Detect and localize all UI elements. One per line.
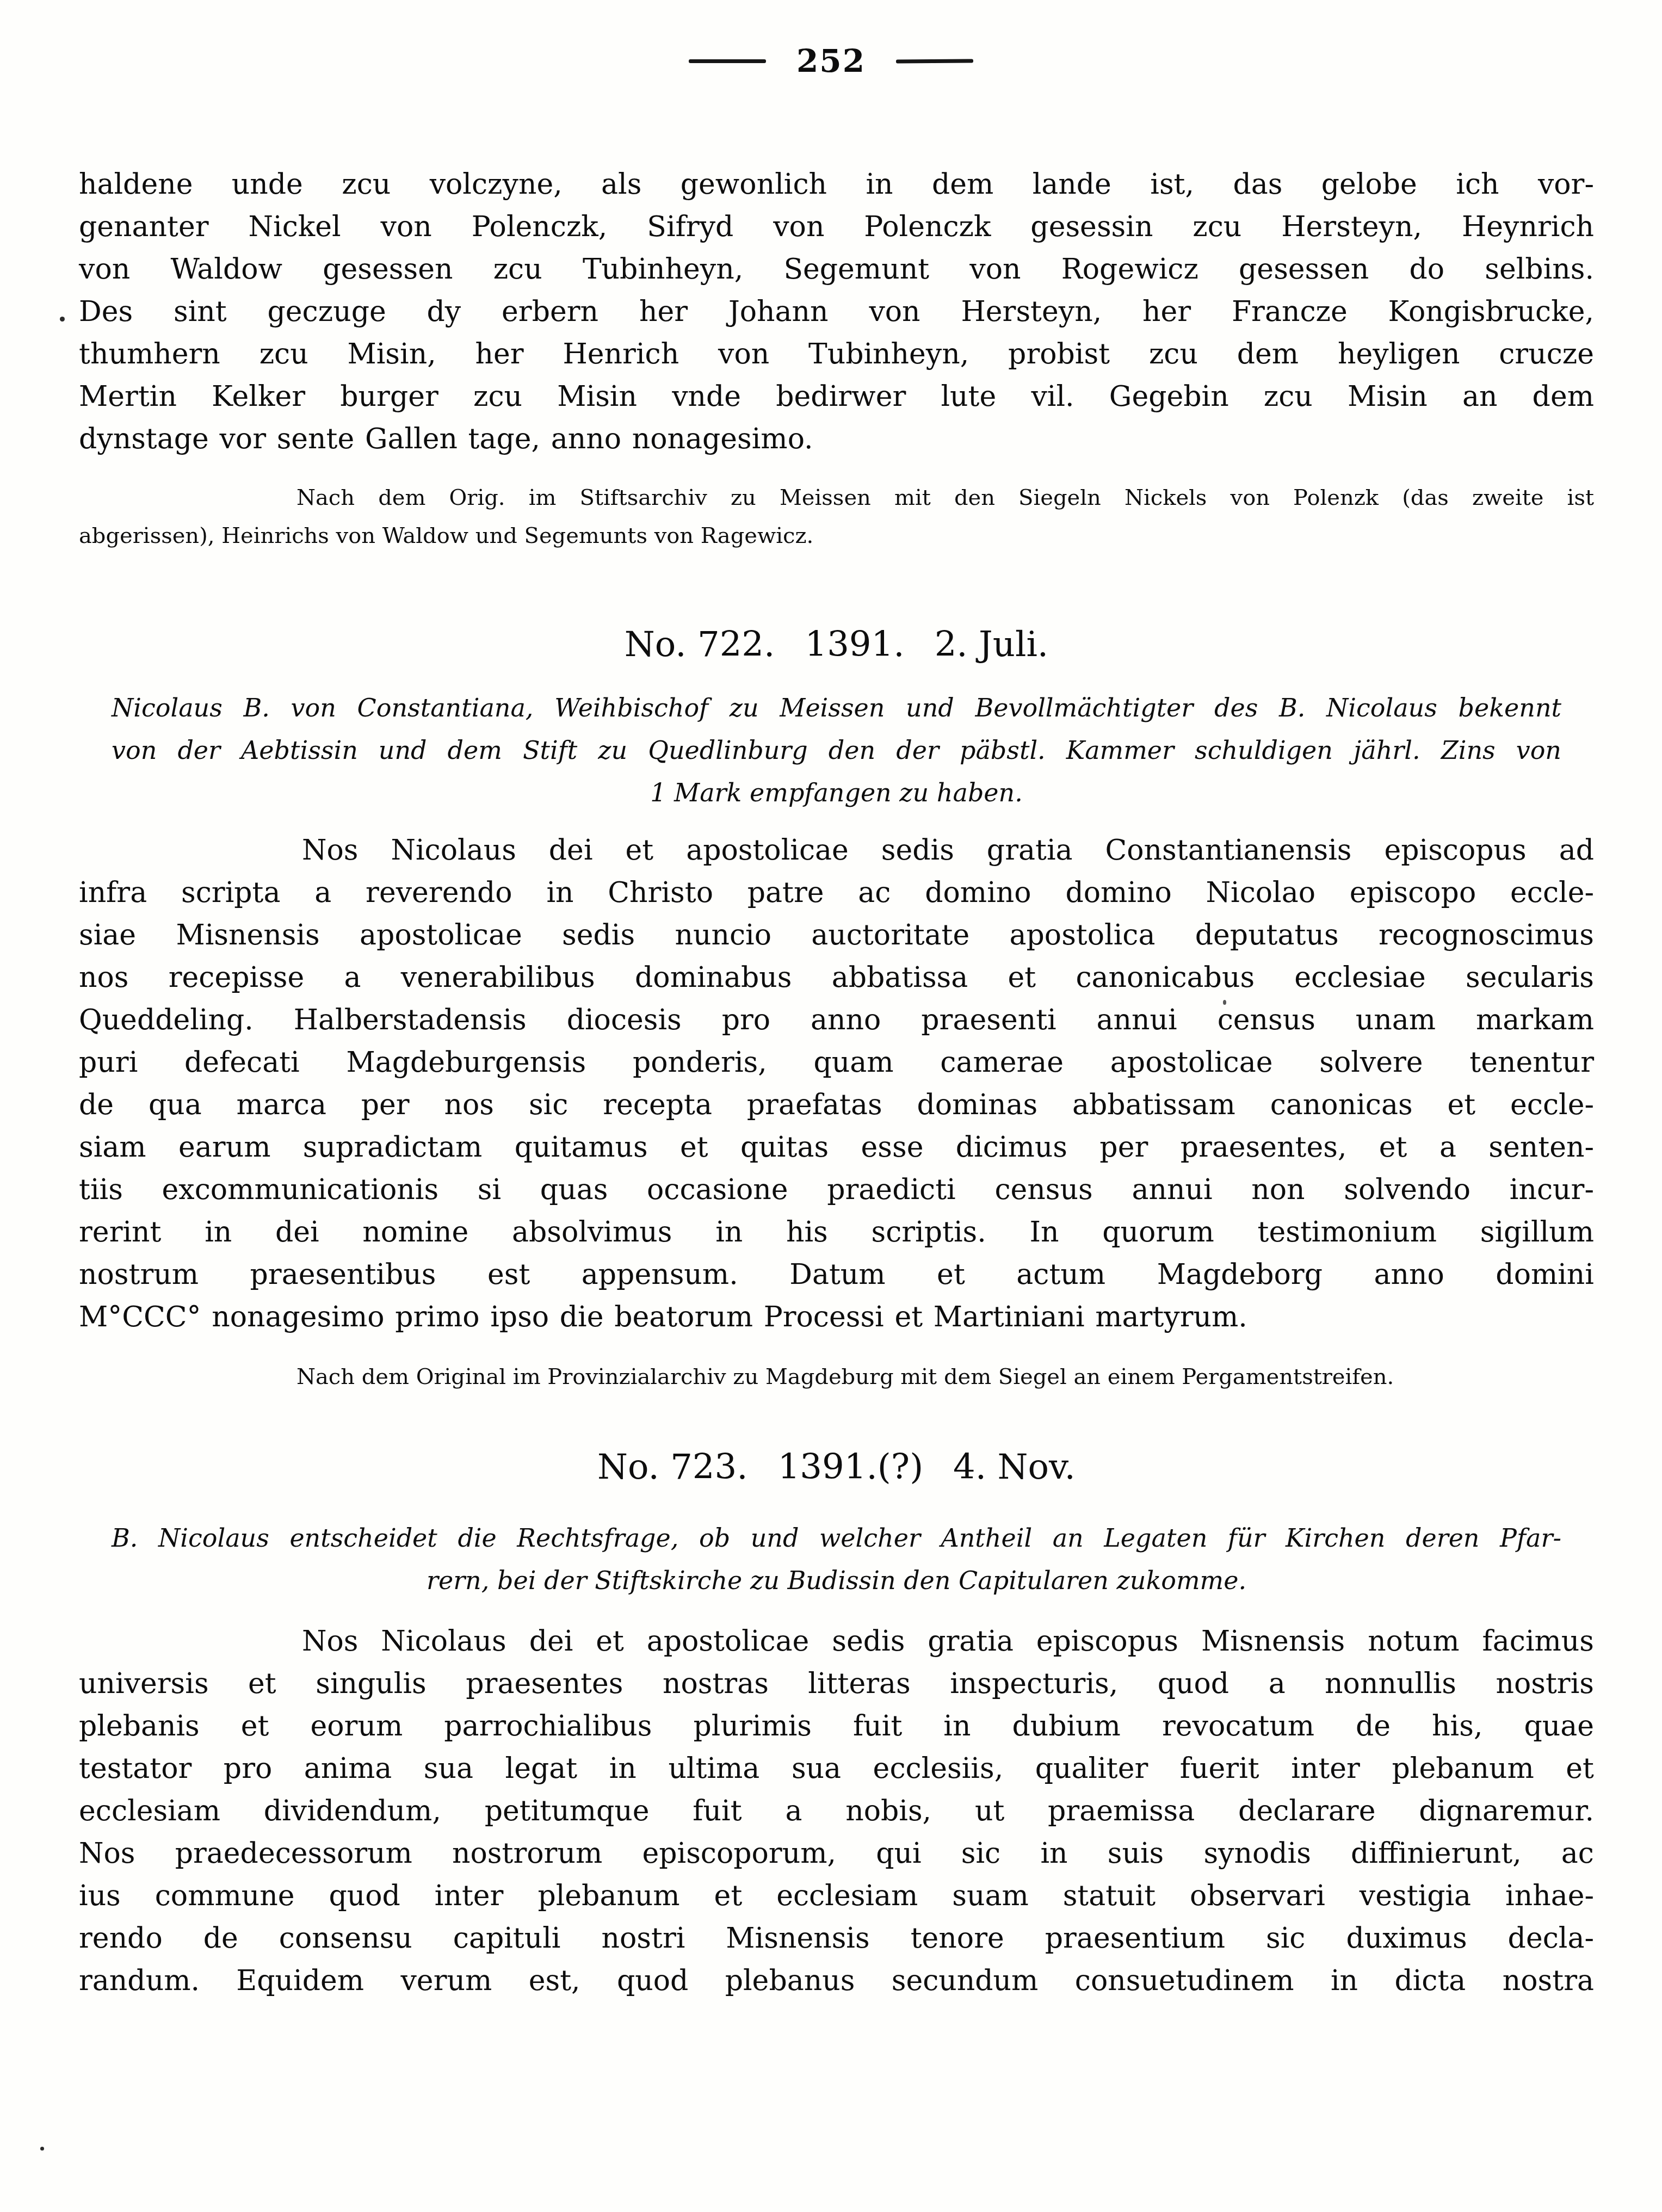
doc722-date: 2. Juli.: [935, 625, 1049, 665]
text-line: 1 Mark empfangen zu haben.: [112, 771, 1561, 814]
source-note-continuation: Nach dem Orig. im Stiftsarchiv zu Meisse…: [79, 479, 1594, 555]
source-note-doc722: Nach dem Original im Provinzialarchiv zu…: [79, 1358, 1594, 1396]
doc723-body: Nos Nicolaus dei et apostolicae sedis gr…: [79, 1620, 1594, 2002]
page-header: 252: [0, 39, 1662, 83]
doc722-body: Nos Nicolaus dei et apostolicae sedis gr…: [79, 829, 1594, 1338]
text-line: infra scripta a reverendo in Christo pat…: [79, 872, 1594, 914]
doc722-number: No. 722.: [625, 625, 775, 665]
text-line: B. Nicolaus entscheidet die Rechtsfrage,…: [112, 1517, 1561, 1559]
scan-speck: [40, 2147, 44, 2151]
scan-speck: [1223, 1000, 1226, 1005]
text-line: Queddeling. Halberstadensis diocesis pro…: [79, 999, 1594, 1041]
text-line: ius commune quod inter plebanum et eccle…: [79, 1875, 1594, 1917]
doc723-heading: No. 723. 1391.(?) 4. Nov.: [79, 1447, 1594, 1487]
text-line: genanter Nickel von Polenczk, Sifryd von…: [79, 206, 1594, 248]
text-line: von der Aebtissin und dem Stift zu Quedl…: [112, 729, 1561, 771]
doc723-summary: B. Nicolaus entscheidet die Rechtsfrage,…: [79, 1517, 1594, 1602]
text-line: rerint in dei nomine absolvimus in his s…: [79, 1211, 1594, 1253]
text-line: haldene unde zcu volczyne, als gewonlich…: [79, 163, 1594, 206]
text-line: dynstage vor sente Gallen tage, anno non…: [79, 418, 1594, 460]
text-line: von Waldow gesessen zcu Tubinheyn, Segem…: [79, 248, 1594, 291]
text-line: siam earum supradictam quitamus et quita…: [79, 1126, 1594, 1169]
doc722-summary: Nicolaus B. von Constantiana, Weihbischo…: [79, 687, 1594, 814]
text-line: nos recepisse a venerabilibus dominabus …: [79, 956, 1594, 999]
text-line: universis et singulis praesentes nostras…: [79, 1663, 1594, 1705]
text-line: nostrum praesentibus est appensum. Datum…: [79, 1253, 1594, 1296]
doc722-heading: No. 722. 1391. 2. Juli.: [79, 625, 1594, 665]
page-number-dash-left: [689, 59, 766, 63]
page-number-dash-right: [896, 59, 973, 63]
doc723-number: No. 723.: [597, 1447, 748, 1487]
text-line: randum. Equidem verum est, quod plebanus…: [79, 1960, 1594, 2002]
text-line: thumhern zcu Misin, her Henrich von Tubi…: [79, 333, 1594, 375]
text-line: rendo de consensu capituli nostri Misnen…: [79, 1917, 1594, 1960]
text-line: Nicolaus B. von Constantiana, Weihbischo…: [112, 687, 1561, 729]
text-line: testator pro anima sua legat in ultima s…: [79, 1747, 1594, 1790]
scan-speck: [60, 317, 65, 322]
text-line: Nos Nicolaus dei et apostolicae sedis gr…: [79, 1620, 1594, 1663]
text-line: Nos Nicolaus dei et apostolicae sedis gr…: [79, 829, 1594, 872]
text-line: Nach dem Original im Provinzialarchiv zu…: [79, 1358, 1594, 1396]
text-line: de qua marca per nos sic recepta praefat…: [79, 1084, 1594, 1126]
text-line: ecclesiam dividendum, petitumque fuit a …: [79, 1790, 1594, 1832]
text-line: puri defecati Magdeburgensis ponderis, q…: [79, 1041, 1594, 1084]
text-line: Des sint geczuge dy erbern her Johann vo…: [79, 291, 1594, 333]
text-line: siae Misnensis apostolicae sedis nuncio …: [79, 914, 1594, 956]
doc723-year: 1391.(?): [778, 1447, 923, 1487]
text-line: plebanis et eorum parrochialibus plurimi…: [79, 1705, 1594, 1747]
doc723-date: 4. Nov.: [953, 1447, 1076, 1487]
scanned-book-page: 252 haldene unde zcu volczyne, als gewon…: [0, 0, 1662, 2212]
text-line: M°CCC° nonagesimo primo ipso die beatoru…: [79, 1296, 1594, 1338]
doc722-year: 1391.: [805, 625, 904, 665]
text-line: Nach dem Orig. im Stiftsarchiv zu Meisse…: [79, 479, 1594, 517]
continuation-paragraph: haldene unde zcu volczyne, als gewonlich…: [79, 163, 1594, 460]
text-line: abgerissen), Heinrichs von Waldow und Se…: [79, 517, 1594, 555]
text-line: rern, bei der Stiftskirche zu Budissin d…: [112, 1559, 1561, 1602]
text-line: Mertin Kelker burger zcu Misin vnde bedi…: [79, 375, 1594, 418]
page-number: 252: [796, 42, 866, 79]
text-line: tiis excommunicationis si quas occasione…: [79, 1169, 1594, 1211]
text-line: Nos praedecessorum nostrorum episcoporum…: [79, 1832, 1594, 1875]
